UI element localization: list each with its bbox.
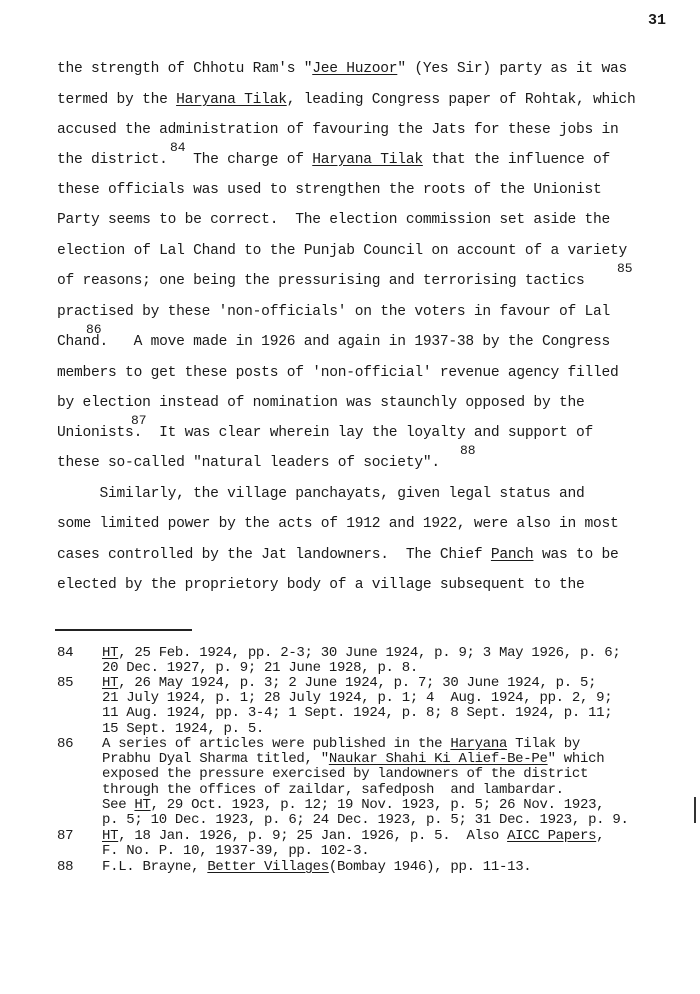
footnote-number: 85 [57,676,73,691]
underlined-title: HT [102,828,118,844]
footnote-ref-86[interactable]: 86 [86,323,102,337]
underlined-title: Naukar Shahi Ki Alief-Be-Pe [329,751,548,767]
underlined-title: Haryana Tilak [176,92,287,108]
underlined-title: HT [134,797,150,813]
footnote-line: exposed the pressure exercised by landow… [102,767,588,782]
footnote-ref-87[interactable]: 87 [131,414,147,428]
underlined-title: Panch [491,547,534,563]
body-line: termed by the Haryana Tilak, leading Con… [57,91,636,109]
underlined-title: Haryana [450,736,507,752]
body-line: by election instead of nomination was st… [57,394,584,412]
underlined-title: Better Villages [207,859,329,875]
body-line: Party seems to be correct. The election … [57,211,610,229]
footnote-line: 15 Sept. 1924, p. 5. [102,722,264,737]
underlined-title: Haryana Tilak [312,152,423,168]
body-line: Chand. A move made in 1926 and again in … [57,333,610,351]
body-line: practised by these 'non-officials' on th… [57,303,610,321]
footnote-line: through the offices of zaildar, safedpos… [102,783,564,798]
footnote-number: 88 [57,860,73,875]
footnote-line: p. 5; 10 Dec. 1923, p. 6; 24 Dec. 1923, … [102,813,629,828]
body-line: these so-called "natural leaders of soci… [57,454,440,472]
footnote-line: See HT, 29 Oct. 1923, p. 12; 19 Nov. 192… [102,798,604,813]
body-line: these officials was used to strengthen t… [57,181,602,199]
body-line: some limited power by the acts of 1912 a… [57,515,619,533]
footnote-line: Prabhu Dyal Sharma titled, "Naukar Shahi… [102,752,604,767]
underlined-title: HT [102,675,118,691]
underlined-title: HT [102,645,118,661]
body-line: cases controlled by the Jat landowners. … [57,546,619,564]
footnote-line: HT, 18 Jan. 1926, p. 9; 25 Jan. 1926, p.… [102,829,604,844]
page-number: 31 [648,12,666,29]
footnote-ref-85[interactable]: 85 [617,262,633,276]
footnote-line: F. No. P. 10, 1937-39, pp. 102-3. [102,844,369,859]
footnote-line: 21 July 1924, p. 1; 28 July 1924, p. 1; … [102,691,612,706]
body-line: members to get these posts of 'non-offic… [57,364,619,382]
underlined-title: Jee Huzoor [312,61,397,77]
footnote-ref-88[interactable]: 88 [460,444,476,458]
underlined-title: AICC Papers [507,828,596,844]
footnote-line: A series of articles were published in t… [102,737,580,752]
footnote-line: HT, 25 Feb. 1924, pp. 2-3; 30 June 1924,… [102,646,621,661]
footnote-number: 87 [57,829,73,844]
footnote-line: HT, 26 May 1924, p. 3; 2 June 1924, p. 7… [102,676,596,691]
footnote-ref-84[interactable]: 84 [170,141,186,155]
body-line: the district. The charge of Haryana Tila… [57,151,610,169]
footnote-line: F.L. Brayne, Better Villages(Bombay 1946… [102,860,531,875]
body-line: Similarly, the village panchayats, given… [57,485,584,503]
footnote-separator [55,629,192,631]
body-line: elected by the proprietory body of a vil… [57,576,584,594]
body-line: of reasons; one being the pressurising a… [57,272,584,290]
footnote-number: 84 [57,646,73,661]
margin-mark [694,797,696,823]
footnote-line: 11 Aug. 1924, pp. 3-4; 1 Sept. 1924, p. … [102,706,612,721]
body-line: election of Lal Chand to the Punjab Coun… [57,242,627,260]
body-line: accused the administration of favouring … [57,121,619,139]
footnote-number: 86 [57,737,73,752]
body-line: the strength of Chhotu Ram's "Jee Huzoor… [57,60,627,78]
